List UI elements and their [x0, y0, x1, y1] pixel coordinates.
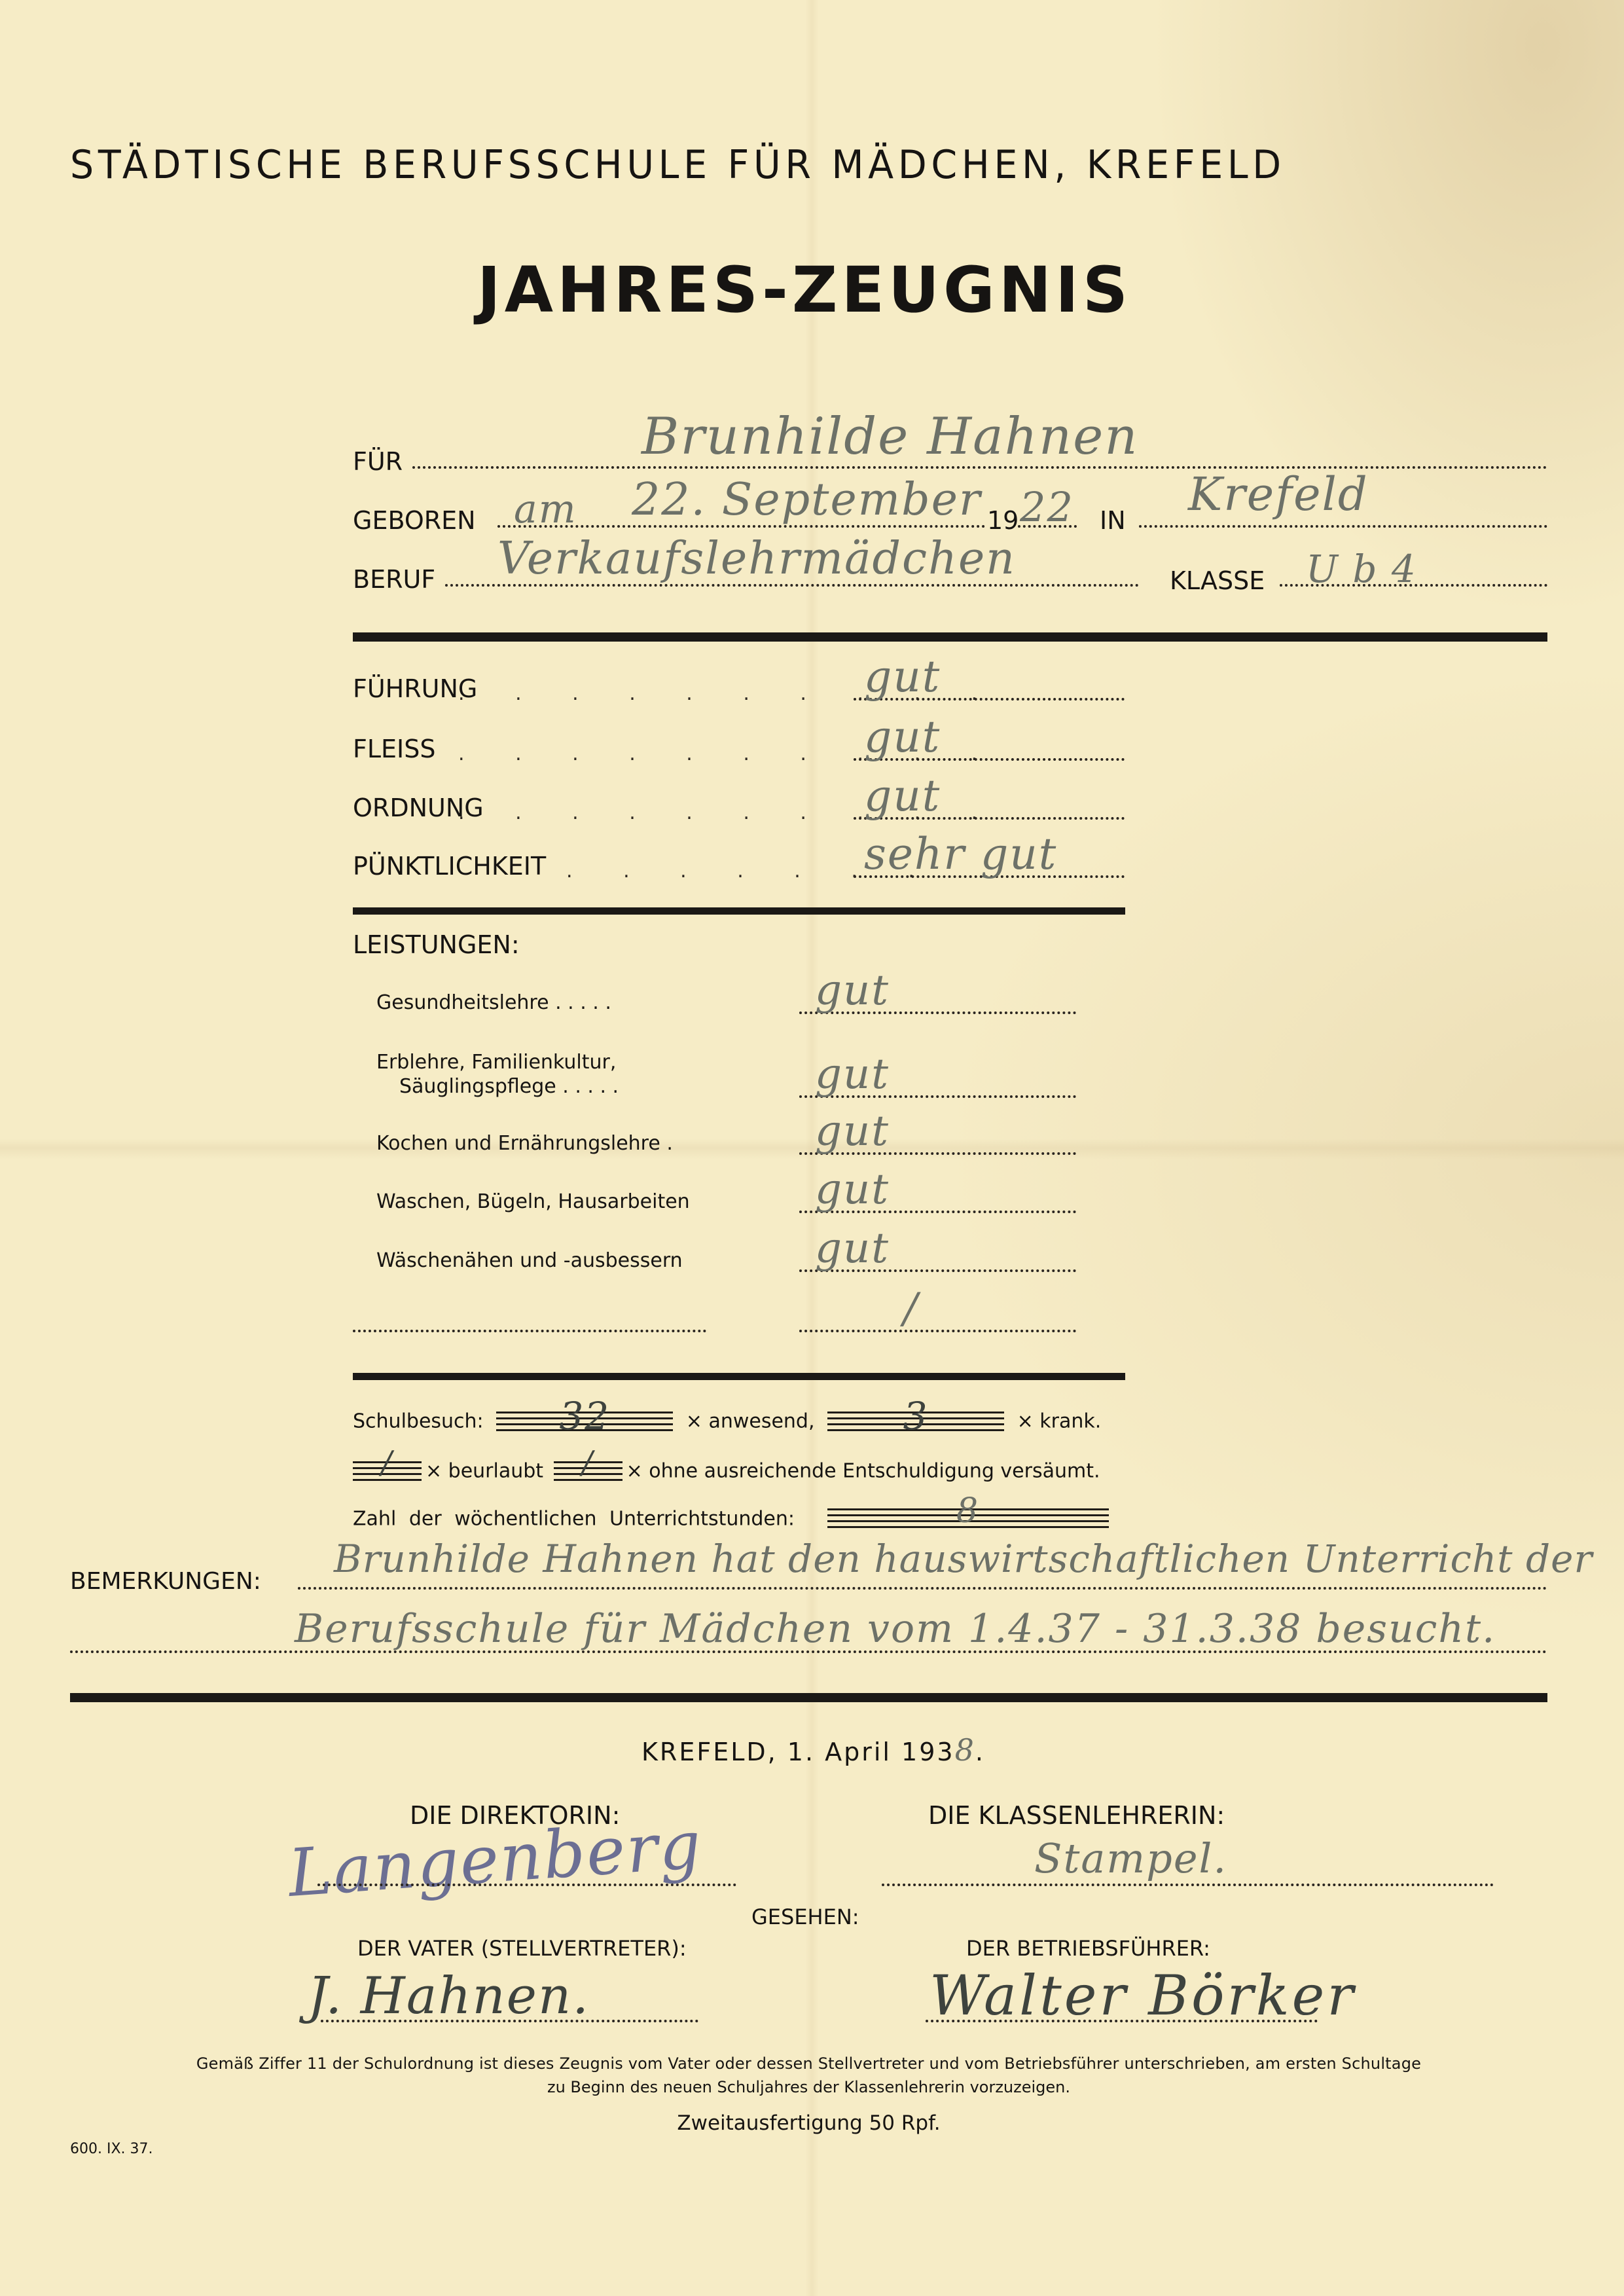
gesehen-label: GESEHEN:	[751, 1906, 859, 1927]
anwesend-label: × anwesend,	[686, 1410, 815, 1433]
section-divider	[353, 1373, 1125, 1380]
bemerkungen-text-1: Brunhilde Hahnen hat den hauswirtschaftl…	[334, 1540, 1593, 1578]
klasse-value: U b 4	[1306, 550, 1417, 588]
klassenlehrerin-label: DIE KLASSENLEHRERIN:	[928, 1803, 1225, 1828]
beruf-value: Verkaufslehrmädchen	[497, 537, 1016, 581]
section-divider	[353, 907, 1125, 915]
section-divider	[70, 1693, 1547, 1702]
beurlaubt-label: × beurlaubt	[425, 1460, 543, 1483]
footer-note-2: zu Beginn des neuen Schuljahres der Klas…	[70, 2079, 1547, 2095]
attendance-row-1: Schulbesuch: 32 × anwesend, 3 × krank.	[353, 1412, 1101, 1432]
birth-date: 22. September	[632, 478, 981, 522]
direktorin-signature: Langenberg	[286, 1812, 704, 1906]
date-printed: KREFELD, 1. April 193	[641, 1738, 955, 1766]
beurlaubt-count: /	[353, 1447, 422, 1478]
subject-label: Kochen und Ernährungslehre .	[376, 1134, 673, 1154]
bemerkungen-line-1	[298, 1587, 1547, 1590]
section-divider	[353, 632, 1547, 642]
date-period: .	[975, 1738, 985, 1766]
versaeumt-count: /	[554, 1447, 623, 1478]
conduct-label: FLEISS	[353, 737, 436, 761]
stunden-label: Zahl der wöchentlichen Unterrichtstunden…	[353, 1508, 795, 1531]
versaeumt-label: × ohne ausreichende Entschuldigung versä…	[626, 1460, 1100, 1483]
subject-grade: gut	[815, 1053, 890, 1095]
bemerkungen-text-2: Berufsschule für Mädchen vom 1.4.37 - 31…	[295, 1609, 1496, 1649]
bemerkungen-label: BEMERKUNGEN:	[70, 1570, 261, 1594]
subject-label: Erblehre, Familienkultur,	[376, 1053, 616, 1072]
subject-label: Gesundheitslehre . . . . .	[376, 993, 611, 1013]
conduct-grade: sehr gut	[864, 833, 1057, 876]
birth-place: Krefeld	[1188, 471, 1369, 517]
versaeumt-field: /	[554, 1461, 623, 1482]
date-handwritten-digit: 8	[955, 1732, 975, 1768]
date-line: KREFELD, 1. April 1938.	[641, 1735, 985, 1765]
geboren-label: GEBOREN	[353, 508, 476, 533]
krank-label: × krank.	[1017, 1410, 1102, 1433]
conduct-grade: gut	[864, 716, 941, 759]
form-code: 600. IX. 37.	[70, 2142, 153, 2157]
anwesend-count: 32	[496, 1397, 673, 1435]
geboren-am: am	[514, 490, 577, 529]
direktorin-signature-line	[317, 1884, 736, 1886]
klassenlehrerin-signature-line	[882, 1884, 1494, 1886]
subject-label: Wäschenähen und -ausbessern	[376, 1251, 683, 1271]
krank-field: 3	[827, 1412, 1004, 1432]
subject-grade: gut	[815, 1228, 890, 1269]
in-line	[1139, 525, 1547, 528]
betriebsfuehrer-signature: Walter Börker	[929, 1968, 1356, 2023]
fee-note: Zweitausfertigung 50 Rpf.	[70, 2113, 1547, 2134]
subject-grade: gut	[815, 1169, 890, 1211]
subject-grade-line	[799, 1330, 1076, 1332]
in-label: IN	[1100, 508, 1126, 533]
footer-note-1: Gemäß Ziffer 11 der Schulordnung ist die…	[70, 2056, 1547, 2071]
conduct-label: PÜNKTLICHKEIT	[353, 854, 546, 879]
klasse-label: KLASSE	[1170, 568, 1265, 593]
school-name: STÄDTISCHE BERUFSSCHULE FÜR MÄDCHEN, KRE…	[70, 145, 1286, 185]
subject-grade: /	[903, 1288, 919, 1330]
vater-signature-line	[321, 2020, 698, 2022]
attendance-row-2: / × beurlaubt / × ohne ausreichende Ents…	[353, 1461, 1100, 1482]
subject-label: Waschen, Bügeln, Hausarbeiten	[376, 1192, 690, 1212]
klassenlehrerin-signature: Stampel.	[1034, 1838, 1227, 1879]
year-line	[1018, 525, 1077, 528]
fuer-line	[412, 466, 1547, 469]
vater-signature: J. Hahnen.	[308, 1971, 590, 2022]
krank-count: 3	[827, 1397, 1004, 1435]
subject-grade: gut	[815, 970, 890, 1011]
conduct-grade: gut	[864, 774, 941, 818]
document-title: JAHRES-ZEUGNIS	[477, 259, 1132, 321]
stunden-field: 8	[827, 1508, 1109, 1531]
subject-grade: gut	[815, 1110, 890, 1152]
beurlaubt-field: /	[353, 1461, 422, 1482]
betriebsfuehrer-label: DER BETRIEBSFÜHRER:	[966, 1938, 1210, 1959]
anwesend-field: 32	[496, 1412, 673, 1432]
stunden-count: 8	[827, 1494, 1109, 1528]
certificate-page: STÄDTISCHE BERUFSSCHULE FÜR MÄDCHEN, KRE…	[0, 0, 1624, 2296]
beruf-label: BERUF	[353, 567, 435, 592]
attendance-row-3: Zahl der wöchentlichen Unterrichtstunden…	[353, 1508, 1109, 1531]
birth-year-suffix: 22	[1020, 487, 1074, 528]
conduct-grade: gut	[864, 655, 941, 699]
birth-year-prefix: 19	[987, 508, 1019, 533]
student-name: Brunhilde Hahnen	[641, 411, 1138, 462]
betriebsfuehrer-signature-line	[926, 2020, 1318, 2022]
schulbesuch-label: Schulbesuch:	[353, 1410, 484, 1433]
fuer-label: FÜR	[353, 449, 403, 474]
leistungen-heading: LEISTUNGEN:	[353, 932, 520, 957]
vater-label: DER VATER (STELLVERTRETER):	[357, 1938, 687, 1959]
subject-label-continued: Säuglingspflege . . . . .	[399, 1077, 619, 1097]
subject-blank-line	[353, 1330, 706, 1332]
